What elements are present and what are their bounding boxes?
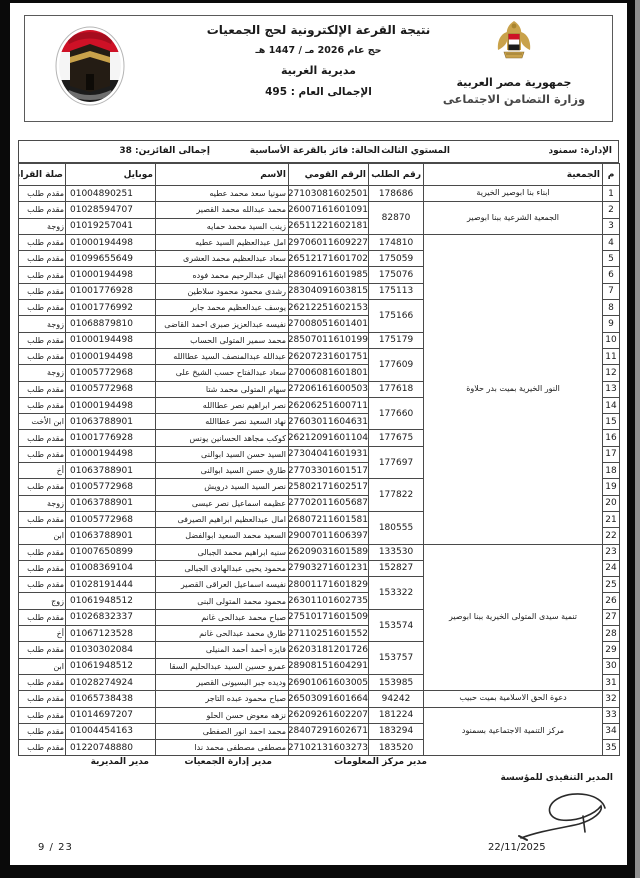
- relation-cell: مقدم طلب: [19, 544, 66, 560]
- request-number-cell: 152827: [369, 560, 424, 576]
- mobile-cell: 01063788901: [66, 528, 156, 544]
- request-number-cell: 177660: [369, 397, 424, 430]
- national-id-cell: 27102131603273: [289, 740, 369, 756]
- relation-cell: أخ: [19, 626, 66, 642]
- serial-cell: 10: [603, 332, 620, 348]
- national-id-cell: 26503091601664: [289, 691, 369, 707]
- national-id-cell: 26212251602153: [289, 300, 369, 316]
- national-id-cell: 27206161600503: [289, 381, 369, 397]
- request-number-cell: 177675: [369, 430, 424, 446]
- mobile-cell: 01000194498: [66, 397, 156, 413]
- association-cell: مركز التنمية الاجتماعية بسمنود: [424, 707, 603, 756]
- name-cell: عبدالله عبدالمنصف السيد عطاالله: [156, 348, 289, 364]
- mobile-cell: 01004454163: [66, 723, 156, 739]
- info-bar: الإدارة: سمنود المستوي الثالث الحالة: فا…: [18, 140, 619, 163]
- name-cell: صباح محمود عبده التاجر: [156, 691, 289, 707]
- national-id-cell: 26206251600711: [289, 397, 369, 413]
- relation-cell: مقدم طلب: [19, 202, 66, 218]
- mobile-cell: 01019257041: [66, 218, 156, 234]
- name-cell: ابتهال عبدالرحيم محمد فوده: [156, 267, 289, 283]
- mobile-cell: 01014697207: [66, 707, 156, 723]
- association-cell: ابناء بنا ابوصير الخيرية: [424, 186, 603, 202]
- serial-cell: 17: [603, 446, 620, 462]
- col-header-serial: م: [603, 164, 620, 186]
- relation-cell: مقدم طلب: [19, 691, 66, 707]
- serial-cell: 6: [603, 267, 620, 283]
- serial-cell: 28: [603, 626, 620, 642]
- page-indicator: 9 / 23: [38, 842, 73, 853]
- mobile-cell: 01063788901: [66, 414, 156, 430]
- request-number-cell: 153757: [369, 642, 424, 675]
- request-number-cell: 177697: [369, 446, 424, 479]
- mobile-cell: 01004890251: [66, 186, 156, 202]
- serial-cell: 11: [603, 348, 620, 364]
- hajj-year-subtitle: حج عام 2026 مـ / 1447 هـ: [165, 45, 472, 56]
- relation-cell: مقدم طلب: [19, 300, 66, 316]
- document-header: نتيجة القرعة الإلكترونية لحج الجمعيات حج…: [24, 15, 613, 122]
- mobile-cell: 01000194498: [66, 446, 156, 462]
- serial-cell: 32: [603, 691, 620, 707]
- serial-cell: 7: [603, 283, 620, 299]
- national-id-cell: 28407291602671: [289, 723, 369, 739]
- serial-cell: 35: [603, 740, 620, 756]
- relation-cell: مقدم طلب: [19, 577, 66, 593]
- request-number-cell: 153322: [369, 577, 424, 610]
- request-number-cell: 175179: [369, 332, 424, 348]
- mobile-cell: 01005772968: [66, 479, 156, 495]
- serial-cell: 4: [603, 234, 620, 250]
- name-cell: طارق حسن السيد ابوالنى: [156, 463, 289, 479]
- national-id-cell: 26007161601091: [289, 202, 369, 218]
- title-block: نتيجة القرعة الإلكترونية لحج الجمعيات حج…: [165, 23, 472, 98]
- serial-cell: 20: [603, 495, 620, 511]
- relation-cell: مقدم طلب: [19, 740, 66, 756]
- name-cell: سهام المتولى محمد شتا: [156, 381, 289, 397]
- national-id-cell: 29706011609227: [289, 234, 369, 250]
- mobile-cell: 01001776928: [66, 430, 156, 446]
- relation-cell: مقدم طلب: [19, 707, 66, 723]
- relation-cell: مقدم طلب: [19, 267, 66, 283]
- directorate-manager-signature-label: مدير المديرية: [91, 757, 149, 767]
- name-cell: فايزه أحمد أحمد المنيلى: [156, 642, 289, 658]
- request-number-cell: 82870: [369, 202, 424, 235]
- col-header-relation: صلة القرابه: [19, 164, 66, 186]
- national-id-cell: 27006081601801: [289, 365, 369, 381]
- serial-cell: 19: [603, 479, 620, 495]
- info-manager-signature-label: مدير مركز المعلومات: [334, 757, 427, 767]
- name-cell: محمود يحيى عبدالهادى الجبالى: [156, 560, 289, 576]
- administration-label: الإدارة: سمنود: [548, 146, 612, 156]
- name-cell: يوسف عبدالعظيم محمد جابر: [156, 300, 289, 316]
- serial-cell: 29: [603, 642, 620, 658]
- serial-cell: 16: [603, 430, 620, 446]
- relation-cell: مقدم طلب: [19, 332, 66, 348]
- name-cell: السعيد محمد السعيد ابوالفضل: [156, 528, 289, 544]
- kaaba-icon: [70, 44, 110, 92]
- mobile-cell: 01001776928: [66, 283, 156, 299]
- association-cell: النور الخيرية بميت بدر حلاوة: [424, 234, 603, 544]
- relation-cell: مقدم طلب: [19, 609, 66, 625]
- request-number-cell: 94242: [369, 691, 424, 707]
- national-id-cell: 26512171601702: [289, 251, 369, 267]
- relation-cell: مقدم طلب: [19, 642, 66, 658]
- national-id-cell: 26301101602735: [289, 593, 369, 609]
- serial-cell: 2: [603, 202, 620, 218]
- national-id-cell: 27103081602501: [289, 186, 369, 202]
- mobile-cell: 01030302084: [66, 642, 156, 658]
- col-header-association: الجمعية: [424, 164, 603, 186]
- name-cell: وديده جبر البسيونى القصير: [156, 674, 289, 690]
- relation-cell: مقدم طلب: [19, 511, 66, 527]
- serial-cell: 24: [603, 560, 620, 576]
- name-cell: نفيسه اسماعيل العراقى القصير: [156, 577, 289, 593]
- serial-cell: 1: [603, 186, 620, 202]
- name-cell: سعاد عبدالعظيم محمد العشرى: [156, 251, 289, 267]
- relation-cell: زوج: [19, 593, 66, 609]
- mobile-cell: 01000194498: [66, 332, 156, 348]
- mobile-cell: 01099655649: [66, 251, 156, 267]
- relation-cell: مقدم طلب: [19, 560, 66, 576]
- request-number-cell: 177618: [369, 381, 424, 397]
- national-id-cell: 28001171601829: [289, 577, 369, 593]
- mobile-cell: 01007650899: [66, 544, 156, 560]
- request-number-cell: 175076: [369, 267, 424, 283]
- request-number-cell: 177609: [369, 348, 424, 381]
- request-number-cell: 180555: [369, 511, 424, 544]
- mobile-cell: 01000194498: [66, 234, 156, 250]
- name-cell: السيد حسن السيد ابوالنى: [156, 446, 289, 462]
- serial-cell: 13: [603, 381, 620, 397]
- relation-cell: مقدم طلب: [19, 479, 66, 495]
- mobile-cell: 01026832337: [66, 609, 156, 625]
- serial-cell: 18: [603, 463, 620, 479]
- directorate-name: مديرية الغربية: [165, 64, 472, 77]
- table-row: 4النور الخيرية بميت بدر حلاوة17481029706…: [19, 234, 620, 250]
- results-table-header: م الجمعية رقم الطلب الرقم القومي الاسم م…: [19, 164, 620, 186]
- request-number-cell: 175166: [369, 300, 424, 333]
- name-cell: نهاد السعيد نصر عطاالله: [156, 414, 289, 430]
- mobile-cell: 01000194498: [66, 348, 156, 364]
- serial-cell: 12: [603, 365, 620, 381]
- name-cell: نزهه معوض حسن الحلو: [156, 707, 289, 723]
- national-id-cell: 26209031601589: [289, 544, 369, 560]
- association-cell: الجمعية الشرعية ببنا ابوصير: [424, 202, 603, 235]
- national-id-cell: 27703301601517: [289, 463, 369, 479]
- name-cell: محمود محمد المتولى البنى: [156, 593, 289, 609]
- national-id-cell: 28908151604291: [289, 658, 369, 674]
- document-title: نتيجة القرعة الإلكترونية لحج الجمعيات: [165, 23, 472, 37]
- request-number-cell: 183294: [369, 723, 424, 739]
- mobile-cell: 01028191444: [66, 577, 156, 593]
- table-row: 2الجمعية الشرعية ببنا ابوصير828702600716…: [19, 202, 620, 218]
- col-header-national-id: الرقم القومي: [289, 164, 369, 186]
- request-number-cell: 183520: [369, 740, 424, 756]
- request-number-cell: 178686: [369, 186, 424, 202]
- grand-total: الإجمالى العام : 495: [165, 86, 472, 98]
- serial-cell: 14: [603, 397, 620, 413]
- mobile-cell: 01005772968: [66, 381, 156, 397]
- relation-cell: أخ: [19, 463, 66, 479]
- name-cell: كوكب مجاهد الحسانين يونس: [156, 430, 289, 446]
- mobile-cell: 01001776992: [66, 300, 156, 316]
- mobile-cell: 01063788901: [66, 495, 156, 511]
- results-table: م الجمعية رقم الطلب الرقم القومي الاسم م…: [18, 163, 620, 756]
- status-label: الحالة: فائز بالقرعة الأساسية: [250, 146, 380, 156]
- relation-cell: مقدم طلب: [19, 674, 66, 690]
- ministry-name: وزارة التضامن الاجتماعى: [434, 92, 594, 106]
- serial-cell: 25: [603, 577, 620, 593]
- request-number-cell: 177822: [369, 479, 424, 512]
- serial-cell: 21: [603, 511, 620, 527]
- associations-manager-signature-label: مدير إدارة الجمعيات: [185, 757, 272, 767]
- national-id-cell: 28609161601985: [289, 267, 369, 283]
- name-cell: عمرو حسين السيد عبدالحليم السقا: [156, 658, 289, 674]
- table-row: 23تنمية سيدى المتولى الخيرية ببنا ابوصير…: [19, 544, 620, 560]
- executive-manager-signature-label: المدير التنفيذى للمؤسسة: [500, 773, 613, 783]
- name-cell: زينب السيد محمد حمايه: [156, 218, 289, 234]
- request-number-cell: 133530: [369, 544, 424, 560]
- serial-cell: 22: [603, 528, 620, 544]
- national-id-cell: 28507011610199: [289, 332, 369, 348]
- relation-cell: مقدم طلب: [19, 283, 66, 299]
- name-cell: رشدى محمود محمود سلاطين: [156, 283, 289, 299]
- name-cell: طارق محمد عبدالحى غانم: [156, 626, 289, 642]
- national-id-cell: 26901061603005: [289, 674, 369, 690]
- serial-cell: 26: [603, 593, 620, 609]
- request-number-cell: 153574: [369, 609, 424, 642]
- handwritten-signature-icon: [513, 786, 613, 848]
- mobile-cell: 01000194498: [66, 267, 156, 283]
- document-page: نتيجة القرعة الإلكترونية لحج الجمعيات حج…: [10, 3, 627, 865]
- mobile-cell: 01220748880: [66, 740, 156, 756]
- relation-cell: ابن: [19, 528, 66, 544]
- name-cell: نصر ابراهيم نصر عطاالله: [156, 397, 289, 413]
- name-cell: محمد سمير المتولى الحساب: [156, 332, 289, 348]
- national-id-cell: 27304041601931: [289, 446, 369, 462]
- national-id-cell: 27510171601509: [289, 609, 369, 625]
- relation-cell: مقدم طلب: [19, 430, 66, 446]
- serial-cell: 23: [603, 544, 620, 560]
- table-row: 32دعوة الحق الاسلامية بميت حبيب942422650…: [19, 691, 620, 707]
- winners-total-label: إجمالى الفائزين: 38: [119, 146, 210, 156]
- name-cell: محمد عبدالله محمد القصير: [156, 202, 289, 218]
- mobile-cell: 01068879810: [66, 316, 156, 332]
- name-cell: مصطفى مصطفى محمد ندا: [156, 740, 289, 756]
- serial-cell: 33: [603, 707, 620, 723]
- national-id-cell: 26207231601751: [289, 348, 369, 364]
- serial-cell: 8: [603, 300, 620, 316]
- kaaba-association-logo-icon: [53, 24, 127, 112]
- mobile-cell: 01028274924: [66, 674, 156, 690]
- relation-cell: مقدم طلب: [19, 397, 66, 413]
- mobile-cell: 01067123528: [66, 626, 156, 642]
- relation-cell: زوجة: [19, 495, 66, 511]
- mobile-cell: 01061948512: [66, 658, 156, 674]
- mobile-cell: 01008369104: [66, 560, 156, 576]
- relation-cell: مقدم طلب: [19, 723, 66, 739]
- name-cell: سعاد عبدالفتاح حسب الشيخ على: [156, 365, 289, 381]
- document-date: 22/11/2025: [488, 842, 546, 853]
- national-id-cell: 26511221602181: [289, 218, 369, 234]
- table-row: 33مركز التنمية الاجتماعية بسمنود18122426…: [19, 707, 620, 723]
- national-id-cell: 26807211601581: [289, 511, 369, 527]
- request-number-cell: 175059: [369, 251, 424, 267]
- national-id-cell: 27702011605687: [289, 495, 369, 511]
- serial-cell: 27: [603, 609, 620, 625]
- name-cell: عظيمه اسماعيل نصر عيسى: [156, 495, 289, 511]
- relation-cell: ابن: [19, 658, 66, 674]
- col-header-request-number: رقم الطلب: [369, 164, 424, 186]
- serial-cell: 34: [603, 723, 620, 739]
- country-name: جمهورية مصر العربية: [434, 76, 594, 89]
- request-number-cell: 175113: [369, 283, 424, 299]
- request-number-cell: 153985: [369, 674, 424, 690]
- request-number-cell: 181224: [369, 707, 424, 723]
- serial-cell: 9: [603, 316, 620, 332]
- association-cell: دعوة الحق الاسلامية بميت حبيب: [424, 691, 603, 707]
- name-cell: امال عبدالعظيم ابراهيم الصيرفى: [156, 511, 289, 527]
- national-id-cell: 26209261602207: [289, 707, 369, 723]
- table-row: 1ابناء بنا ابوصير الخيرية178686271030816…: [19, 186, 620, 202]
- government-identity-block: جمهورية مصر العربية وزارة التضامن الاجتم…: [434, 20, 594, 106]
- national-id-cell: 27110251601552: [289, 626, 369, 642]
- name-cell: صباح محمد عبدالحى غانم: [156, 609, 289, 625]
- scan-edge-strip: [635, 0, 640, 878]
- relation-cell: زوجة: [19, 218, 66, 234]
- request-number-cell: 174810: [369, 234, 424, 250]
- name-cell: محمد احمد انور الصفطى: [156, 723, 289, 739]
- mobile-cell: 01028594707: [66, 202, 156, 218]
- serial-cell: 5: [603, 251, 620, 267]
- col-header-name: الاسم: [156, 164, 289, 186]
- serial-cell: 3: [603, 218, 620, 234]
- relation-cell: مقدم طلب: [19, 251, 66, 267]
- mobile-cell: 01005772968: [66, 365, 156, 381]
- relation-cell: مقدم طلب: [19, 381, 66, 397]
- mobile-cell: 01063788901: [66, 463, 156, 479]
- national-id-cell: 27008051601401: [289, 316, 369, 332]
- name-cell: نفيسه عبدالعزيز صبرى احمد القاضى: [156, 316, 289, 332]
- relation-cell: ابن الأخت: [19, 414, 66, 430]
- relation-cell: مقدم طلب: [19, 348, 66, 364]
- egypt-eagle-emblem-icon: [494, 55, 534, 74]
- name-cell: سونيا سعد محمد عطيه: [156, 186, 289, 202]
- national-id-cell: 25802171602517: [289, 479, 369, 495]
- name-cell: نصر السيد السيد درويش: [156, 479, 289, 495]
- name-cell: سنيه ابراهيم محمد الجبالى: [156, 544, 289, 560]
- results-table-body: 1ابناء بنا ابوصير الخيرية178686271030816…: [19, 186, 620, 756]
- name-cell: امل عبدالعظيم السيد عطيه: [156, 234, 289, 250]
- relation-cell: مقدم طلب: [19, 186, 66, 202]
- col-header-mobile: موبايل: [66, 164, 156, 186]
- mobile-cell: 01065738438: [66, 691, 156, 707]
- relation-cell: مقدم طلب: [19, 446, 66, 462]
- serial-cell: 30: [603, 658, 620, 674]
- national-id-cell: 26203181201726: [289, 642, 369, 658]
- serial-cell: 15: [603, 414, 620, 430]
- national-id-cell: 29007011606397: [289, 528, 369, 544]
- relation-cell: زوجة: [19, 365, 66, 381]
- national-id-cell: 27603011604631: [289, 414, 369, 430]
- serial-cell: 31: [603, 674, 620, 690]
- relation-cell: مقدم طلب: [19, 234, 66, 250]
- national-id-cell: 26212091601104: [289, 430, 369, 446]
- mobile-cell: 01061948512: [66, 593, 156, 609]
- mobile-cell: 01005772968: [66, 511, 156, 527]
- relation-cell: زوجة: [19, 316, 66, 332]
- national-id-cell: 28304091603815: [289, 283, 369, 299]
- association-cell: تنمية سيدى المتولى الخيرية ببنا ابوصير: [424, 544, 603, 691]
- national-id-cell: 27903271601231: [289, 560, 369, 576]
- level-label: المستوي الثالث: [381, 146, 450, 156]
